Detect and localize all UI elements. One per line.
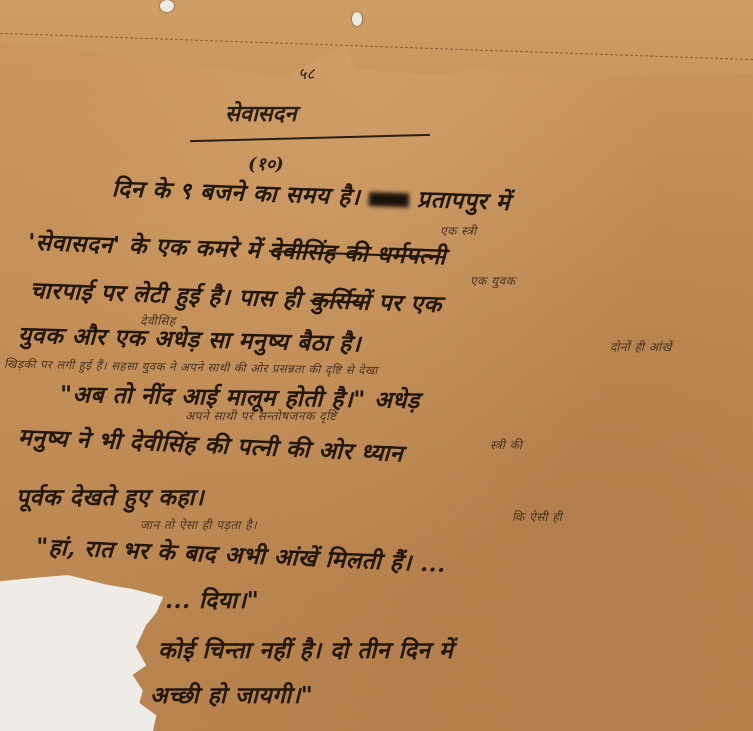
line-text: प्रतापपुर में	[417, 186, 511, 216]
manuscript-line: कोई चिन्ता नहीं है। दो तीन दिन में	[158, 633, 453, 665]
manuscript-line: दिन के ९ बजने का समय है। प्रतापपुर में	[112, 171, 511, 217]
page-title: सेवासदन	[225, 98, 297, 128]
manuscript-line: "अब तो नींद आई मालूम होती है।" अधेड़	[60, 377, 420, 415]
insertion-text: स्त्री की	[490, 436, 523, 453]
line-text: पर एक	[378, 289, 442, 318]
manuscript-page: ५८ सेवासदन (१०) दिन के ९ बजने का समय है।…	[0, 0, 753, 731]
line-text: 'सेवासदन' के एक कमरे में	[28, 229, 270, 264]
punch-hole-icon	[160, 0, 174, 12]
manuscript-line: 'सेवासदन' के एक कमरे में देवीसिंह की धर्…	[28, 225, 447, 272]
ink-blot	[368, 192, 408, 207]
insertion-text: एक स्त्री	[440, 222, 477, 239]
margin-note: दोनों ही आंखें	[610, 338, 672, 355]
margin-note: कि ऐसी ही	[512, 508, 562, 525]
manuscript-line: पूर्वक देखते हुए कहा।	[16, 480, 204, 512]
manuscript-line: अच्छी हो जायगी।"	[150, 678, 313, 710]
manuscript-line: मनुष्य ने भी देवीसिंह की पत्नी की ओर ध्य…	[17, 420, 403, 469]
torn-corner	[0, 575, 170, 731]
insertion-text: जान तो ऐसा ही पड़ता है।	[140, 516, 257, 533]
manuscript-line: युवक और एक अधेड़ सा मनुष्य बैठा है।	[18, 318, 362, 359]
manuscript-line: चारपाई पर लेटी हुई है। पास ही कुर्सियों …	[30, 273, 443, 319]
struck-text: कुर्सियों	[310, 287, 371, 316]
line-text: दिन के ९ बजने का समय है।	[112, 175, 370, 211]
insertion-text: एक युवक	[470, 272, 516, 289]
struck-text: देवीसिंह की धर्मपत्नी	[269, 237, 447, 270]
punch-hole-icon	[352, 12, 362, 26]
section-number: (१०)	[248, 152, 284, 176]
title-underline	[190, 134, 430, 142]
insertion-text: खिड़की पर लगी हुई हैं। सहसा युवक ने अपने…	[4, 357, 378, 379]
line-text: चारपाई पर लेटी हुई है। पास ही	[30, 277, 311, 314]
manuscript-line: "हां, रात भर के बाद अभी आंखें मिलती हैं।…	[35, 529, 446, 579]
page-number: ५८	[298, 62, 315, 84]
manuscript-line: ... दिया।"	[165, 583, 259, 615]
